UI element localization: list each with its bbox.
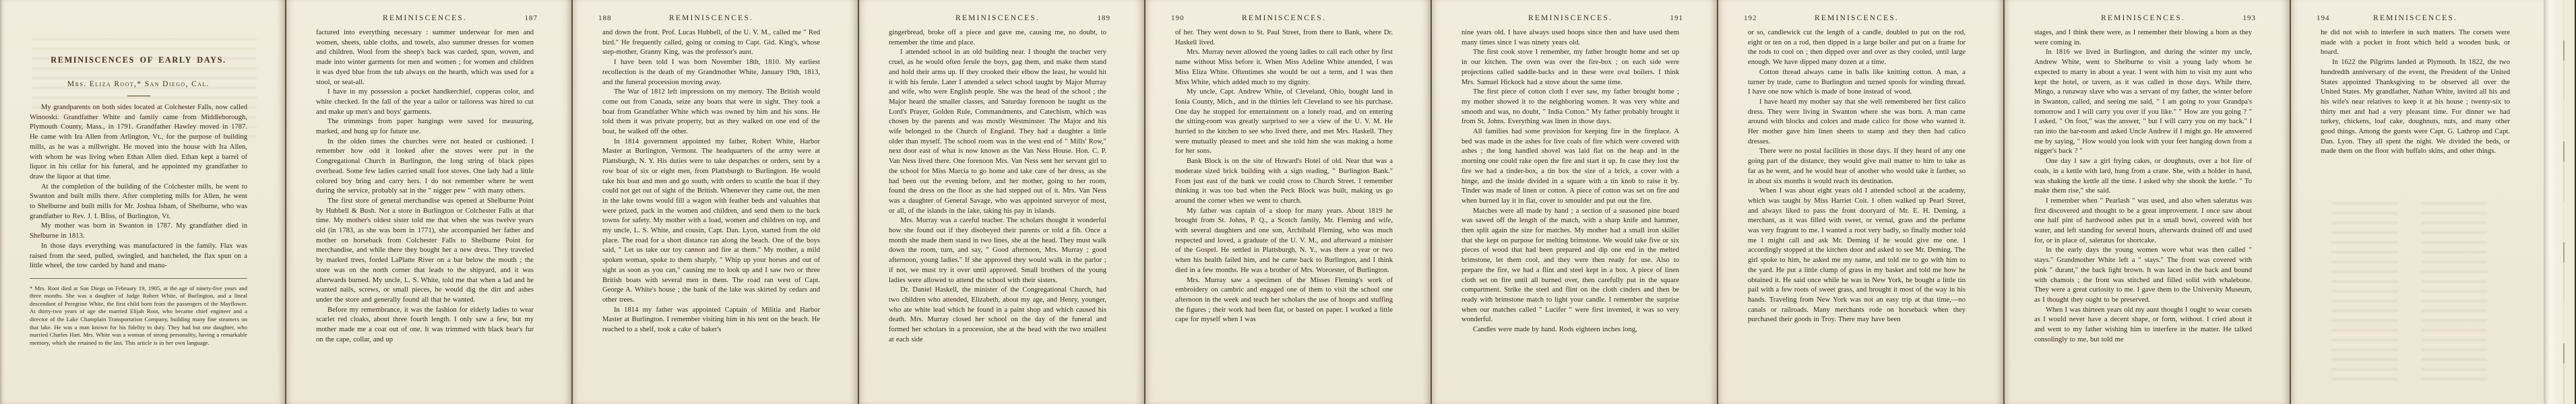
paragraph: The first cook stove I remember, my fath… [1462, 48, 1679, 88]
page-body: nine years old. I have always used hoops… [1462, 28, 1679, 335]
paragraph: In those days everything was manufacture… [30, 242, 247, 271]
paragraph: I have heard my mother say that she well… [1748, 98, 1966, 147]
page-190: REMINISCENCES. 190 of her. They went dow… [1145, 0, 1432, 404]
paragraph: The trimmings from paper hangings were s… [316, 117, 534, 137]
page-body: gingerbread, broke off a piece and gave … [889, 28, 1106, 345]
running-header: REMINISCENCES. 194 [2321, 0, 2510, 22]
paragraph: In 1622 the Pilgrims landed at Plymouth.… [2321, 58, 2510, 157]
paragraph: There were no postal facilities in those… [1748, 147, 1966, 187]
page-193: REMINISCENCES. 193 stages, and I think t… [2005, 0, 2291, 404]
paragraph: Before my remembrance, it was the fashio… [316, 306, 534, 345]
paragraph: factured into everything necessary : sum… [316, 28, 534, 88]
running-header-label: REMINISCENCES. [1242, 14, 1326, 22]
page-191: REMINISCENCES. 191 nine years old. I hav… [1432, 0, 1718, 404]
page-192: REMINISCENCES. 192 or so, candlewick cut… [1718, 0, 2005, 404]
paragraph: When I was thirteen years old my aunt th… [2034, 306, 2252, 345]
paragraph: In 1816 we lived in Burlington, and duri… [2034, 48, 2252, 157]
page-body: stages, and I think there were, as I rem… [2034, 28, 2252, 345]
paragraph: In 1814 my father was appointed Captain … [602, 306, 820, 335]
paragraph: All families had some provision for keep… [1462, 127, 1679, 207]
running-header: REMINISCENCES. 187 [316, 0, 534, 22]
footnote-rule [30, 278, 247, 279]
page-188: REMINISCENCES. 188 and down the front. P… [573, 0, 859, 404]
paragraph: I remember when " Pearlash " was used, a… [2034, 197, 2252, 246]
page-number: 194 [2317, 14, 2330, 22]
article-title: REMINISCENCES OF EARLY DAYS. [30, 55, 247, 65]
running-header-label: REMINISCENCES. [1815, 14, 1899, 22]
paragraph: I have in my possession a pocket handker… [316, 88, 534, 117]
paragraph: When I was about eight years old I atten… [1748, 187, 1966, 325]
running-header-label: REMINISCENCES. [1528, 14, 1612, 22]
paragraph: nine years old. I have always used hoops… [1462, 28, 1679, 48]
page-body: of her. They went down to St. Paul Stree… [1175, 28, 1393, 325]
running-header: REMINISCENCES. 189 [889, 0, 1106, 22]
page-number: 192 [1744, 14, 1757, 22]
paragraph: I attended school in an old building nea… [889, 48, 1106, 216]
paragraph: Candles were made by hand. Rods eighteen… [1462, 325, 1679, 335]
page-number: 187 [525, 14, 538, 22]
page-body: My grandparents on both sides located at… [30, 103, 247, 271]
page-body: or so, candlewick cut the length of a ca… [1748, 28, 1966, 325]
page-number: 190 [1171, 14, 1185, 22]
page-number: 191 [1670, 14, 1684, 22]
page-title: REMINISCENCES OF EARLY DAYS. Mrs. Eliza … [0, 0, 286, 404]
paragraph: I have been told I was born November 18t… [602, 58, 820, 88]
bleed-through-column [2331, 202, 2398, 385]
paragraph: One day I saw a girl frying cakes, or do… [2034, 157, 2252, 197]
running-header: REMINISCENCES. 192 [1748, 0, 1966, 22]
page-number: 188 [598, 14, 612, 22]
paragraph: The first store of general merchandise w… [316, 197, 534, 306]
page-number: 193 [2243, 14, 2257, 22]
paragraph: In the early days the young women wore w… [2034, 246, 2252, 305]
footnote: * Mrs. Root died at San Diego on Februar… [30, 285, 247, 347]
running-header: REMINISCENCES. 193 [2034, 0, 2252, 22]
running-header: REMINISCENCES. 191 [1462, 0, 1679, 22]
paragraph: Dr. Daniel Haskell, the minister of the … [889, 285, 1106, 345]
paragraph: stages, and I think there were, as I rem… [2034, 28, 2252, 48]
running-header: REMINISCENCES. 188 [602, 0, 820, 22]
paragraph: Cotton thread always came in balls like … [1748, 68, 1966, 98]
paragraph: Bank Block is on the site of Howard's Ho… [1175, 157, 1393, 207]
running-header-label: REMINISCENCES. [2373, 14, 2457, 22]
paragraph: My grandparents on both sides located at… [30, 103, 247, 182]
paragraph: Matches were all made by hand ; a sectio… [1462, 207, 1679, 325]
paragraph: My mother was born in Swanton in 1787. M… [30, 222, 247, 241]
page-body: and down the front. Prof. Lucas Hubbell,… [602, 28, 820, 335]
byline-divider [127, 96, 150, 96]
paragraph: My father was captain of a sloop for man… [1175, 207, 1393, 276]
scan-page-edge [2544, 0, 2575, 404]
article-byline: Mrs. Eliza Root,* San Diego, Cal. [30, 80, 247, 88]
paragraph: gingerbread, broke off a piece and gave … [889, 28, 1106, 48]
running-header-label: REMINISCENCES. [383, 14, 467, 22]
bleed-through-ghost [2331, 202, 2487, 385]
running-header-label: REMINISCENCES. [669, 14, 753, 22]
running-header-label: REMINISCENCES. [2101, 14, 2185, 22]
paragraph: and down the front. Prof. Lucas Hubbell,… [602, 28, 820, 58]
paragraph: he did not wish to interfere in such mat… [2321, 28, 2510, 58]
book-scan-strip: REMINISCENCES OF EARLY DAYS. Mrs. Eliza … [0, 0, 2576, 404]
running-header-label: REMINISCENCES. [955, 14, 1040, 22]
page-194: REMINISCENCES. 194 he did not wish to in… [2291, 0, 2575, 404]
paragraph: or so, candlewick cut the length of a ca… [1748, 28, 1966, 68]
paragraph: Mrs. Murray was a careful teacher. The s… [889, 216, 1106, 285]
page-189: REMINISCENCES. 189 gingerbread, broke of… [859, 0, 1145, 404]
bleed-through-column [2421, 202, 2488, 385]
page-187: REMINISCENCES. 187 factured into everyth… [286, 0, 573, 404]
paragraph: My uncle, Capt. Andrew White, of Clevela… [1175, 88, 1393, 157]
running-header: REMINISCENCES. 190 [1175, 0, 1393, 22]
paragraph: The first piece of cotton cloth I ever s… [1462, 88, 1679, 127]
paragraph: At the completion of the building of the… [30, 182, 247, 222]
paragraph: In 1814 government appointed my father, … [602, 137, 820, 306]
paragraph: The War of 1812 left impressions on my m… [602, 88, 820, 137]
page-body: factured into everything necessary : sum… [316, 28, 534, 345]
page-body: he did not wish to interfere in such mat… [2321, 28, 2510, 157]
paragraph: Mrs. Murray saw a specimen of the Misses… [1175, 276, 1393, 326]
paragraph: of her. They went down to St. Paul Stree… [1175, 28, 1393, 48]
paragraph: Mrs. Murray never allowed the young ladi… [1175, 48, 1393, 88]
page-number: 189 [1098, 14, 1111, 22]
paragraph: In the olden times the churches were not… [316, 137, 534, 197]
